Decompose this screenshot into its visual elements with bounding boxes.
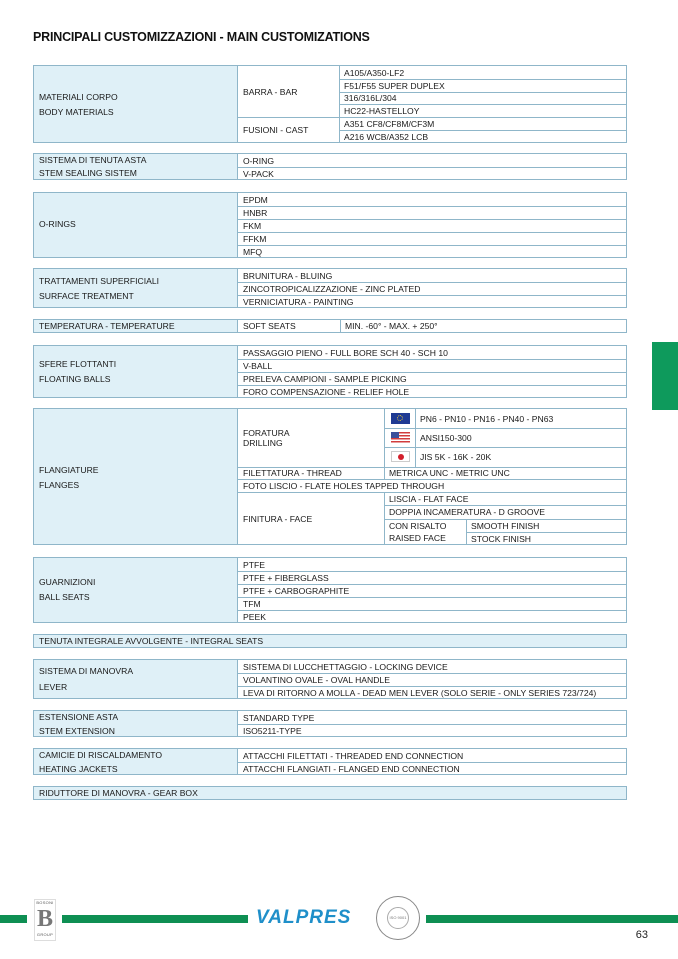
material-item: A216 WCB/A352 LCB <box>339 130 428 143</box>
option-item: FKM <box>238 219 261 232</box>
raised-face-label: CON RISALTO RAISED FACE <box>384 519 466 545</box>
raised-label-en: RAISED FACE <box>389 532 466 544</box>
option-item: TFM <box>238 597 261 610</box>
section-body-materials: MATERIALI CORPO BODY MATERIALS BARRA - B… <box>33 65 627 143</box>
section-flanges: FLANGIATURE FLANGES FORATURA DRILLING PN… <box>33 408 627 545</box>
section-label: TEMPERATURA - TEMPERATURE <box>34 320 238 332</box>
footer-rule-mid <box>62 915 248 923</box>
temperature-type: SOFT SEATS <box>238 320 340 332</box>
footer-rule-right <box>426 915 678 923</box>
cert-seal-text: ISO 9001 <box>377 915 419 920</box>
section-lever: SISTEMA DI MANOVRA LEVER SISTEMA DI LUCC… <box>33 659 627 699</box>
material-item: A351 CF8/CF8M/CF3M <box>339 117 434 130</box>
section-stem-extension: ESTENSIONE ASTA STEM EXTENSION STANDARD … <box>33 710 627 737</box>
option-item: PTFE + CARBOGRAPHITE <box>238 584 349 597</box>
option-item: PEEK <box>238 610 266 623</box>
bar-label: BARRA - BAR <box>238 66 339 117</box>
option-item: STANDARD TYPE <box>238 711 314 724</box>
section-label: SISTEMA DI TENUTA ASTA STEM SEALING SIST… <box>34 154 238 179</box>
option-item: ZINCOTROPICALIZZAZIONE - ZINC PLATED <box>238 282 420 295</box>
thread-value: METRICA UNC - METRIC UNC <box>384 467 510 479</box>
section-label: O-RINGS <box>34 193 238 257</box>
option-item: PTFE <box>238 558 265 571</box>
option-item: ATTACCHI FILETTATI - THREADED END CONNEC… <box>238 749 463 762</box>
label-it: MATERIALI CORPO <box>39 92 118 102</box>
section-label: SISTEMA DI MANOVRA LEVER <box>34 660 238 698</box>
section-label: CAMICIE DI RISCALDAMENTO HEATING JACKETS <box>34 749 238 774</box>
label-it: SISTEMA DI TENUTA ASTA <box>39 155 146 165</box>
label-it: FLANGIATURE <box>39 465 99 475</box>
face-option: LISCIA - FLAT FACE <box>384 492 468 505</box>
footer-rule-left <box>0 915 27 923</box>
group-logo-bottom: GROUP <box>35 932 55 938</box>
section-heating-jackets: CAMICIE DI RISCALDAMENTO HEATING JACKETS… <box>33 748 627 775</box>
material-item: F51/F55 SUPER DUPLEX <box>339 79 445 92</box>
thread-label: FILETTATURA - THREAD <box>238 467 384 479</box>
section-label: GUARNIZIONI BALL SEATS <box>34 558 238 622</box>
option-item: V-PACK <box>238 167 274 180</box>
brand-logo: VALPRES <box>256 907 351 929</box>
section-side-tab <box>652 342 678 410</box>
face-option: DOPPIA INCAMERATURA - D GROOVE <box>384 505 545 519</box>
page-number: 63 <box>636 929 648 941</box>
label-en: STEM SEALING SISTEM <box>39 168 137 178</box>
label-en: FLOATING BALLS <box>39 374 110 384</box>
raised-label-it: CON RISALTO <box>389 520 466 532</box>
finish-option: STOCK FINISH <box>466 532 531 545</box>
material-item: HC22-HASTELLOY <box>339 104 419 117</box>
label-en: LEVER <box>39 682 67 692</box>
material-item: 316/316L/304 <box>339 92 397 104</box>
option-item: EPDM <box>238 193 268 206</box>
option-item: BRUNITURA - BLUING <box>238 269 332 282</box>
eu-flag-icon <box>391 413 410 424</box>
section-label: ESTENSIONE ASTA STEM EXTENSION <box>34 711 238 736</box>
drilling-label-en: DRILLING <box>243 438 384 448</box>
label: O-RINGS <box>39 219 76 229</box>
label-en: BODY MATERIALS <box>39 107 114 117</box>
group-logo-letter: B <box>35 906 55 932</box>
option-item: LEVA DI RITORNO A MOLLA - DEAD MEN LEVER… <box>238 686 596 699</box>
label-it: CAMICIE DI RISCALDAMENTO <box>39 750 162 760</box>
section-o-rings: O-RINGS EPDM HNBR FKM FFKM MFQ <box>33 192 627 258</box>
section-label: FLANGIATURE FLANGES <box>34 409 238 544</box>
option-item: VERNICIATURA - PAINTING <box>238 295 353 308</box>
section-integral-seats: TENUTA INTEGRALE AVVOLGENTE - INTEGRAL S… <box>33 634 627 648</box>
option-item: FORO COMPENSAZIONE - RELIEF HOLE <box>238 385 409 398</box>
section-surface-treatment: TRATTAMENTI SUPERFICIALI SURFACE TREATME… <box>33 268 627 308</box>
label-en: BALL SEATS <box>39 592 90 602</box>
drilling-standard: PN6 - PN10 - PN16 - PN40 - PN63 <box>415 409 553 428</box>
label-en: STEM EXTENSION <box>39 726 115 736</box>
face-label: FINITURA - FACE <box>238 492 384 545</box>
integral-seats-label: TENUTA INTEGRALE AVVOLGENTE - INTEGRAL S… <box>34 635 263 647</box>
jp-flag-icon <box>391 451 410 462</box>
drilling-label: FORATURA DRILLING <box>238 409 384 467</box>
finish-option: SMOOTH FINISH <box>466 519 539 532</box>
cast-label: FUSIONI - CAST <box>238 117 339 143</box>
section-ball-seats: GUARNIZIONI BALL SEATS PTFE PTFE + FIBER… <box>33 557 627 623</box>
option-item: FFKM <box>238 232 266 245</box>
gear-box-label: RIDUTTORE DI MANOVRA - GEAR BOX <box>34 787 198 799</box>
label-en: SURFACE TREATMENT <box>39 291 134 301</box>
option-item: V-BALL <box>238 359 272 372</box>
option-item: ATTACCHI FLANGIATI - FLANGED END CONNECT… <box>238 762 460 775</box>
label: TEMPERATURA - TEMPERATURE <box>39 321 175 331</box>
option-item: VOLANTINO OVALE - OVAL HANDLE <box>238 673 390 686</box>
section-floating-balls: SFERE FLOTTANTI FLOATING BALLS PASSAGGIO… <box>33 345 627 398</box>
section-temperature: TEMPERATURA - TEMPERATURE SOFT SEATS MIN… <box>33 319 627 333</box>
drilling-standard: JIS 5K - 16K - 20K <box>415 447 491 467</box>
us-flag-icon <box>391 432 410 443</box>
option-item: MFQ <box>238 245 262 258</box>
iso-cert-seal-icon: ISO 9001 <box>376 896 420 940</box>
drilling-standard: ANSI150-300 <box>415 428 472 447</box>
temperature-range: MIN. -60° - MAX. + 250° <box>340 320 438 332</box>
drilling-label-it: FORATURA <box>243 428 384 438</box>
page-title: PRINCIPALI CUSTOMIZZAZIONI - MAIN CUSTOM… <box>33 30 370 44</box>
section-label: TRATTAMENTI SUPERFICIALI SURFACE TREATME… <box>34 269 238 307</box>
section-gear-box: RIDUTTORE DI MANOVRA - GEAR BOX <box>33 786 627 800</box>
option-item: PASSAGGIO PIENO - FULL BORE SCH 40 - SCH… <box>238 346 448 359</box>
section-label: MATERIALI CORPO BODY MATERIALS <box>34 66 238 142</box>
option-item: HNBR <box>238 206 267 219</box>
label-it: ESTENSIONE ASTA <box>39 712 118 722</box>
section-stem-sealing: SISTEMA DI TENUTA ASTA STEM SEALING SIST… <box>33 153 627 180</box>
label-it: TRATTAMENTI SUPERFICIALI <box>39 276 159 286</box>
section-label: SFERE FLOTTANTI FLOATING BALLS <box>34 346 238 397</box>
label-en: FLANGES <box>39 480 79 490</box>
option-item: ISO5211-TYPE <box>238 724 302 737</box>
label-it: SISTEMA DI MANOVRA <box>39 666 133 676</box>
option-item: PTFE + FIBERGLASS <box>238 571 329 584</box>
label-it: GUARNIZIONI <box>39 577 95 587</box>
option-item: SISTEMA DI LUCCHETTAGGIO - LOCKING DEVIC… <box>238 660 448 673</box>
group-logo: BOSONI B GROUP <box>34 899 56 941</box>
option-item: O-RING <box>238 154 274 167</box>
label-en: HEATING JACKETS <box>39 764 118 774</box>
flat-holes: FOTO LISCIO - FLATE HOLES TAPPED THROUGH <box>238 479 444 492</box>
option-item: PRELEVA CAMPIONI - SAMPLE PICKING <box>238 372 407 385</box>
label-it: SFERE FLOTTANTI <box>39 359 116 369</box>
material-item: A105/A350-LF2 <box>339 66 404 79</box>
